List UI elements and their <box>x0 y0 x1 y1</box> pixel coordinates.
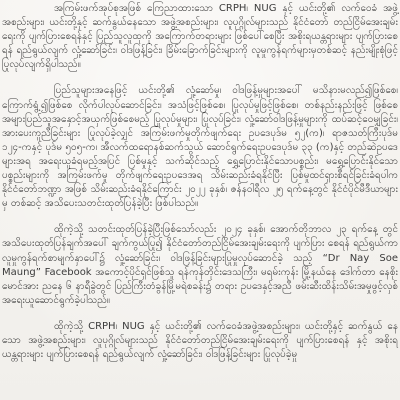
paragraph-4: ထိုကဲ့သို့ CRPH၊ NUG နှင့် ယင်းတို့၏ လက်… <box>2 320 398 362</box>
scanned-document-page: အကြမ်းဖက်အုပ်စုအဖြစ် ကြေညာထားသော CRPH၊ N… <box>0 0 400 400</box>
paragraph-2: ပြည်သူများအနေဖြင့် ယင်းတို့၏ လှုံ့ဆော်မှ… <box>2 84 398 211</box>
paragraph-1: အကြမ်းဖက်အုပ်စုအဖြစ် ကြေညာထားသော CRPH၊ N… <box>2 2 398 72</box>
paragraph-3: ထိုကဲ့သို့ သတင်းထုတ်ပြန်ခဲ့ပြီးဖြစ်သော်လ… <box>2 223 398 308</box>
